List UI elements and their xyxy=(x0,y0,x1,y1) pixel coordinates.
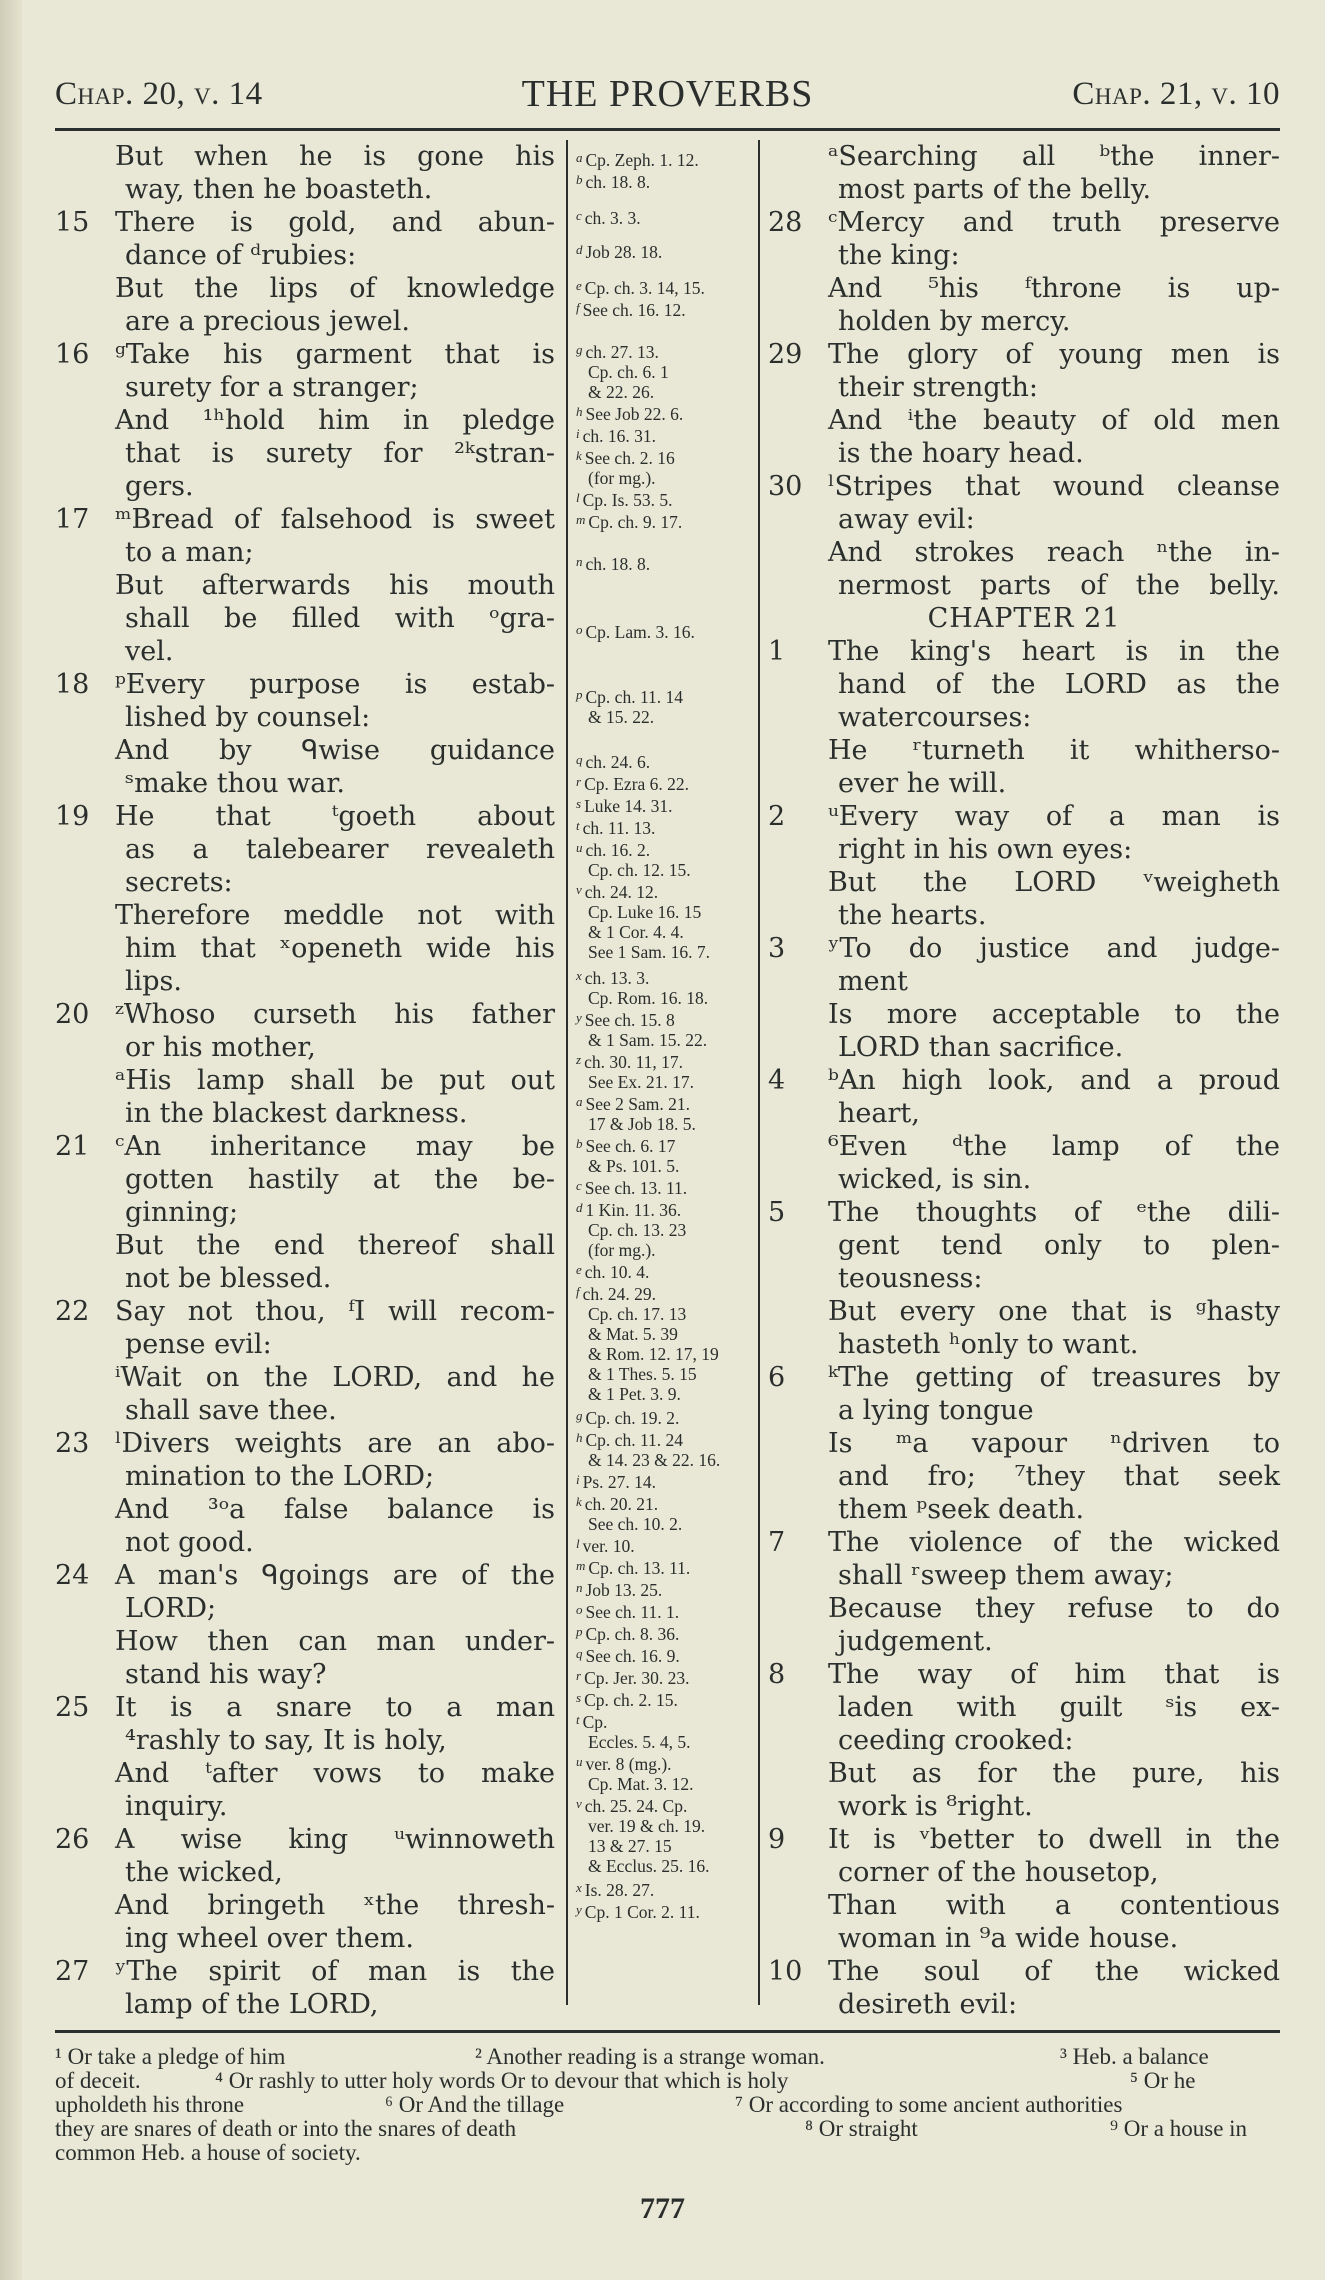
footnote-line: upholdeth his throne⁶ Or And the tillage… xyxy=(55,2093,1280,2117)
verse-number: 17 xyxy=(55,503,105,536)
verse-text: ᵍTake his garment that is xyxy=(115,338,555,371)
verse-text: A wise king ᵘwinnoweth xyxy=(115,1823,555,1856)
verse-text: Because they refuse to do xyxy=(828,1592,1280,1625)
cross-reference: vch. 24. 12.Cp. Luke 16. 15& 1 Cor. 4. 4… xyxy=(576,880,710,962)
reference-text: Cp. ch. 11. 14 xyxy=(586,687,684,707)
reference-letter: z xyxy=(576,1052,581,1067)
cross-reference: hSee Job 22. 6. xyxy=(576,402,683,424)
verse-line: wicked, is sin. xyxy=(768,1163,1280,1196)
reference-text: ch. 24. 12. xyxy=(585,882,658,902)
reference-text: Luke 14. 31. xyxy=(584,796,672,816)
reference-letter: h xyxy=(576,404,583,419)
verse-line: nermost parts of the belly. xyxy=(768,569,1280,602)
cross-reference: nJob 13. 25. xyxy=(576,1578,662,1600)
reference-text: Cp. ch. 9. 17. xyxy=(588,512,682,532)
verse-text: ᵖEvery purpose is estab- xyxy=(115,668,555,701)
verse-text: them ᵖseek death. xyxy=(838,1493,1280,1526)
reference-letter: n xyxy=(576,554,583,569)
reference-letter: u xyxy=(576,840,583,855)
reference-text: ch. 30. 11, 17. xyxy=(584,1052,683,1072)
reference-letter: x xyxy=(576,968,582,983)
cross-reference: dJob 28. 18. xyxy=(576,240,662,262)
reference-letter: o xyxy=(576,622,583,637)
verse-line: as a talebearer revealeth xyxy=(55,833,555,866)
footnote-line: ¹ Or take a pledge of him² Another readi… xyxy=(55,2045,1280,2069)
verse-line: But every one that is ᵍhasty xyxy=(768,1295,1280,1328)
reference-text: & Rom. 12. 17, 19 xyxy=(576,1344,719,1364)
cross-reference: bSee ch. 6. 17& Ps. 101. 5. xyxy=(576,1134,679,1176)
verse-text: ᵃHis lamp shall be put out xyxy=(115,1064,555,1097)
verse-text: surety for a stranger; xyxy=(125,371,555,404)
reference-letter: s xyxy=(576,1690,581,1705)
reference-text: ch. 24. 29. xyxy=(583,1284,656,1304)
verse-number: 26 xyxy=(55,1823,105,1856)
reference-letter: b xyxy=(576,172,583,187)
reference-text: & Mat. 5. 39 xyxy=(576,1324,719,1344)
verse-text: hasteth ʰonly to want. xyxy=(838,1328,1280,1361)
reference-text: Cp. ch. 6. 1 xyxy=(576,362,669,382)
verse-text: desireth evil: xyxy=(838,1988,1280,2021)
verse-line: And ᵗafter vows to make xyxy=(55,1757,555,1790)
reference-letter: e xyxy=(576,278,582,293)
reference-letter: v xyxy=(576,1796,582,1811)
verse-number: 24 xyxy=(55,1559,105,1592)
verse-line: lips. xyxy=(55,965,555,998)
verse-text: ᶜAn inheritance may be xyxy=(115,1130,555,1163)
verse-line: How then can man under- xyxy=(55,1625,555,1658)
verse-text: And strokes reach ⁿthe in- xyxy=(828,536,1280,569)
verse-number: 7 xyxy=(768,1526,818,1559)
verse-line: 30ˡStripes that wound cleanse xyxy=(768,470,1280,503)
verse-line: is the hoary head. xyxy=(768,437,1280,470)
verse-line: And ³ᵒa false balance is xyxy=(55,1493,555,1526)
reference-letter: q xyxy=(576,752,583,767)
verse-number: 15 xyxy=(55,206,105,239)
verse-line: 5The thoughts of ᵉthe dili- xyxy=(768,1196,1280,1229)
verse-line: 3ʸTo do justice and judge- xyxy=(768,932,1280,965)
verse-line: away evil: xyxy=(768,503,1280,536)
verse-text: right in his own eyes: xyxy=(838,833,1280,866)
verse-line: ing wheel over them. xyxy=(55,1922,555,1955)
cross-reference: qch. 24. 6. xyxy=(576,750,650,772)
reference-text: ch. 18. 8. xyxy=(586,172,651,192)
verse-text: It is a snare to a man xyxy=(115,1691,555,1724)
cross-reference: mCp. ch. 13. 11. xyxy=(576,1556,690,1578)
reference-text: ch. 20. 21. xyxy=(585,1494,658,1514)
verse-line: work is ⁸right. xyxy=(768,1790,1280,1823)
verse-text: The thoughts of ᵉthe dili- xyxy=(828,1196,1280,1229)
reference-letter: a xyxy=(576,1094,583,1109)
footnote-rule xyxy=(55,2030,1280,2033)
reference-text: See ch. 16. 9. xyxy=(586,1646,680,1666)
verse-text: stand his way? xyxy=(125,1658,555,1691)
verse-text: not good. xyxy=(125,1526,555,1559)
verse-line: vel. xyxy=(55,635,555,668)
verse-text: gers. xyxy=(125,470,555,503)
footnote: of deceit. xyxy=(55,2069,141,2093)
reference-letter: o xyxy=(576,1602,583,1617)
verse-line: 20ᶻWhoso curseth his father xyxy=(55,998,555,1031)
verse-text: lamp of the LORD, xyxy=(125,1988,555,2021)
verse-text: ceeding crooked: xyxy=(838,1724,1280,1757)
verse-line: inquiry. xyxy=(55,1790,555,1823)
verse-text: Is more acceptable to the xyxy=(828,998,1280,1031)
verse-text: But when he is gone his xyxy=(115,140,555,173)
verse-text: There is gold, and abun- xyxy=(115,206,555,239)
verse-line: hand of the LORD as the xyxy=(768,668,1280,701)
verse-number: 23 xyxy=(55,1427,105,1460)
verse-text: But as for the pure, his xyxy=(828,1757,1280,1790)
verse-line: 27ʸThe spirit of man is the xyxy=(55,1955,555,1988)
cross-reference: xIs. 28. 27. xyxy=(576,1878,654,1900)
verse-line: shall ʳsweep them away; xyxy=(768,1559,1280,1592)
reference-text: 17 & Job 18. 5. xyxy=(576,1114,696,1134)
verse-line: woman in ⁹a wide house. xyxy=(768,1922,1280,1955)
verse-text: ʸTo do justice and judge- xyxy=(828,932,1280,965)
reference-letter: s xyxy=(576,796,581,811)
verse-number: 5 xyxy=(768,1196,818,1229)
verse-text: ˡStripes that wound cleanse xyxy=(828,470,1280,503)
cross-reference: fSee ch. 16. 12. xyxy=(576,298,686,320)
verse-text: dance of ᵈrubies: xyxy=(125,239,555,272)
verse-number: 1 xyxy=(768,635,818,668)
verse-line: lished by counsel: xyxy=(55,701,555,734)
reference-text: ch. 11. 13. xyxy=(583,818,656,838)
verse-line: most parts of the belly. xyxy=(768,173,1280,206)
verse-text: ᵃSearching all ᵇthe inner- xyxy=(828,140,1280,173)
reference-text: 1 Kin. 11. 36. xyxy=(586,1200,682,1220)
cross-reference: iPs. 27. 14. xyxy=(576,1470,656,1492)
reference-text: 13 & 27. 15 xyxy=(576,1836,710,1856)
verse-number: 25 xyxy=(55,1691,105,1724)
verse-text: The soul of the wicked xyxy=(828,1955,1280,1988)
reference-text: Cp. ch. 8. 36. xyxy=(586,1624,680,1644)
verse-text: woman in ⁹a wide house. xyxy=(838,1922,1280,1955)
verse-text: pense evil: xyxy=(125,1328,555,1361)
verse-number: 28 xyxy=(768,206,818,239)
footnote: ⁶ Or And the tillage xyxy=(385,2093,564,2117)
verse-number: 16 xyxy=(55,338,105,371)
verse-text: heart, xyxy=(838,1097,1280,1130)
verse-line: 21ᶜAn inheritance may be xyxy=(55,1130,555,1163)
running-head-right: Chap. 21, v. 10 xyxy=(1072,76,1280,113)
verse-line: shall save thee. xyxy=(55,1394,555,1427)
reference-text: See ch. 16. 12. xyxy=(583,300,686,320)
footnote-line: of deceit.⁴ Or rashly to utter holy word… xyxy=(55,2069,1280,2093)
cross-reference: pCp. ch. 8. 36. xyxy=(576,1622,679,1644)
cross-reference: ySee ch. 15. 8& 1 Sam. 15. 22. xyxy=(576,1008,707,1050)
verse-text: as a talebearer revealeth xyxy=(125,833,555,866)
verse-line: in the blackest darkness. xyxy=(55,1097,555,1130)
verse-line: stand his way? xyxy=(55,1658,555,1691)
footnote: ³ Heb. a balance xyxy=(1060,2045,1209,2069)
verse-line: LORD than sacrifice. xyxy=(768,1031,1280,1064)
verse-text: and fro; ⁷they that seek xyxy=(838,1460,1280,1493)
reference-text: Cp. ch. 12. 15. xyxy=(576,860,691,880)
verse-line: way, then he boasteth. xyxy=(55,173,555,206)
verse-text: Than with a contentious xyxy=(828,1889,1280,1922)
verse-text: ⁱWait on the LORD, and he xyxy=(115,1361,555,1394)
reference-text: Cp. 1 Cor. 2. 11. xyxy=(585,1902,700,1922)
verse-line: Is ᵐa vapour ⁿdriven to xyxy=(768,1427,1280,1460)
verse-line: 24A man's ᑫgoings are of the xyxy=(55,1559,555,1592)
verse-text: ⁴rashly to say, It is holy, xyxy=(125,1724,555,1757)
footnotes: ¹ Or take a pledge of him² Another readi… xyxy=(55,2045,1280,2165)
cross-reference: oSee ch. 11. 1. xyxy=(576,1600,679,1622)
verse-line: Than with a contentious xyxy=(768,1889,1280,1922)
reference-text: & Ps. 101. 5. xyxy=(576,1156,679,1176)
verse-line: a lying tongue xyxy=(768,1394,1280,1427)
reference-text: See Ex. 21. 17. xyxy=(576,1072,694,1092)
reference-text: Cp. Ezra 6. 22. xyxy=(584,774,689,794)
footnote: common Heb. a house of society. xyxy=(55,2141,361,2165)
reference-text: Cp. Luke 16. 15 xyxy=(576,902,710,922)
verse-text: LORD; xyxy=(125,1592,555,1625)
verse-line: And by ᑫwise guidance xyxy=(55,734,555,767)
cross-reference: bch. 18. 8. xyxy=(576,170,650,192)
verse-text: wicked, is sin. xyxy=(838,1163,1280,1196)
verse-line: shall be filled with ᵒgra- xyxy=(55,602,555,635)
reference-text: Cp. Zeph. 1. 12. xyxy=(586,150,699,170)
verse-line: ᵃSearching all ᵇthe inner- xyxy=(768,140,1280,173)
verse-line: surety for a stranger; xyxy=(55,371,555,404)
verse-text: to a man; xyxy=(125,536,555,569)
verse-line: ever he will. xyxy=(768,767,1280,800)
verse-line: hasteth ʰonly to want. xyxy=(768,1328,1280,1361)
verse-line: And ¹ʰhold him in pledge xyxy=(55,404,555,437)
cross-reference: tCp.Eccles. 5. 4, 5. xyxy=(576,1710,691,1752)
verse-line: secrets: xyxy=(55,866,555,899)
verse-text: most parts of the belly. xyxy=(838,173,1280,206)
reference-text: Cp. ch. 11. 24 xyxy=(586,1430,684,1450)
verse-line: 22Say not thou, ᶠI will recom- xyxy=(55,1295,555,1328)
verse-text: ᵇAn high look, and a proud xyxy=(828,1064,1280,1097)
verse-text: LORD than sacrifice. xyxy=(838,1031,1280,1064)
footnote: ⁵ Or he xyxy=(1130,2069,1196,2093)
verse-text: is the hoary head. xyxy=(838,437,1280,470)
verse-line: and fro; ⁷they that seek xyxy=(768,1460,1280,1493)
verse-text: And ³ᵒa false balance is xyxy=(115,1493,555,1526)
reference-text: See ch. 2. 16 xyxy=(585,448,675,468)
verse-line: are a precious jewel. xyxy=(55,305,555,338)
verse-number: 9 xyxy=(768,1823,818,1856)
verse-text: lips. xyxy=(125,965,555,998)
verse-line: mination to the LORD; xyxy=(55,1460,555,1493)
reference-letter: v xyxy=(576,882,582,897)
left-text-column: But when he is gone hisway, then he boas… xyxy=(55,140,555,2021)
reference-text: & 1 Cor. 4. 4. xyxy=(576,922,710,942)
verse-text: away evil: xyxy=(838,503,1280,536)
reference-text: See ch. 10. 2. xyxy=(576,1514,682,1534)
verse-line: them ᵖseek death. xyxy=(768,1493,1280,1526)
verse-text: him that ˣopeneth wide his xyxy=(125,932,555,965)
verse-text: A man's ᑫgoings are of the xyxy=(115,1559,555,1592)
reference-letter: x xyxy=(576,1880,582,1895)
reference-text: See ch. 11. 1. xyxy=(586,1602,680,1622)
verse-text: ment xyxy=(838,965,1280,998)
reference-text: ver. 8 (mg.). xyxy=(586,1754,672,1774)
verse-line: teousness: xyxy=(768,1262,1280,1295)
verse-text: Say not thou, ᶠI will recom- xyxy=(115,1295,555,1328)
verse-line: But afterwards his mouth xyxy=(55,569,555,602)
verse-text: their strength: xyxy=(838,371,1280,404)
verse-text: ginning; xyxy=(125,1196,555,1229)
reference-letter: y xyxy=(576,1902,582,1917)
verse-line: 1The king's heart is in the xyxy=(768,635,1280,668)
verse-text: But afterwards his mouth xyxy=(115,569,555,602)
verse-text: work is ⁸right. xyxy=(838,1790,1280,1823)
cross-reference: tch. 11. 13. xyxy=(576,816,655,838)
verse-line: 16ᵍTake his garment that is xyxy=(55,338,555,371)
cross-reference: aCp. Zeph. 1. 12. xyxy=(576,148,699,170)
reference-letter: b xyxy=(576,1136,583,1151)
verse-line: 4ᵇAn high look, and a proud xyxy=(768,1064,1280,1097)
verse-text: ing wheel over them. xyxy=(125,1922,555,1955)
verse-text: ᵘEvery way of a man is xyxy=(828,800,1280,833)
verse-line: LORD; xyxy=(55,1592,555,1625)
verse-line: 19He that ᵗgoeth about xyxy=(55,800,555,833)
reference-text: (for mg.). xyxy=(576,1240,686,1260)
verse-text: ˢmake thou war. xyxy=(125,767,555,800)
footnote-line: common Heb. a house of society. xyxy=(55,2141,1280,2165)
verse-text: But the LORD ᵛweigheth xyxy=(828,866,1280,899)
reference-text: Cp. xyxy=(583,1712,608,1732)
verse-line: desireth evil: xyxy=(768,1988,1280,2021)
verse-line: But the end thereof shall xyxy=(55,1229,555,1262)
verse-text: judgement. xyxy=(838,1625,1280,1658)
verse-number: 29 xyxy=(768,338,818,371)
verse-line: dance of ᵈrubies: xyxy=(55,239,555,272)
verse-line: the king: xyxy=(768,239,1280,272)
reference-letter: y xyxy=(576,1010,582,1025)
verse-line: ⁴rashly to say, It is holy, xyxy=(55,1724,555,1757)
cross-reference: gCp. ch. 19. 2. xyxy=(576,1406,679,1428)
reference-letter: e xyxy=(576,1262,582,1277)
reference-letter: f xyxy=(576,300,580,315)
cross-reference-column: aCp. Zeph. 1. 12.bch. 18. 8.cch. 3. 3.dJ… xyxy=(566,140,760,2005)
verse-text: ˡDivers weights are an abo- xyxy=(115,1427,555,1460)
reference-letter: f xyxy=(576,1284,580,1299)
verse-number: 3 xyxy=(768,932,818,965)
verse-number: 10 xyxy=(768,1955,818,1988)
verse-line: not be blessed. xyxy=(55,1262,555,1295)
reference-text: Cp. ch. 17. 13 xyxy=(576,1304,719,1324)
verse-line: 2ᵘEvery way of a man is xyxy=(768,800,1280,833)
cross-reference: kSee ch. 2. 16(for mg.). xyxy=(576,446,675,488)
verse-line: 18ᵖEvery purpose is estab- xyxy=(55,668,555,701)
verse-text: The king's heart is in the xyxy=(828,635,1280,668)
verse-number: 4 xyxy=(768,1064,818,1097)
verse-line: 10The soul of the wicked xyxy=(768,1955,1280,1988)
reference-letter: d xyxy=(576,242,583,257)
cross-reference: aSee 2 Sam. 21.17 & Job 18. 5. xyxy=(576,1092,696,1134)
reference-text: Ps. 27. 14. xyxy=(583,1472,656,1492)
verse-number: 19 xyxy=(55,800,105,833)
verse-line: But the LORD ᵛweigheth xyxy=(768,866,1280,899)
cross-reference: sCp. ch. 2. 15. xyxy=(576,1688,678,1710)
reference-text: ch. 18. 8. xyxy=(586,554,651,574)
verse-line: Is more acceptable to the xyxy=(768,998,1280,1031)
verse-text: And ᵗafter vows to make xyxy=(115,1757,555,1790)
reference-letter: k xyxy=(576,1494,582,1509)
verse-line: 23ˡDivers weights are an abo- xyxy=(55,1427,555,1460)
reference-text: ch. 16. 2. xyxy=(586,840,651,860)
verse-text: ᵏThe getting of treasures by xyxy=(828,1361,1280,1394)
verse-text: The glory of young men is xyxy=(828,338,1280,371)
verse-text: He that ᵗgoeth about xyxy=(115,800,555,833)
reference-letter: u xyxy=(576,1754,583,1769)
cross-reference: oCp. Lam. 3. 16. xyxy=(576,620,695,642)
verse-line: judgement. xyxy=(768,1625,1280,1658)
reference-text: Cp. ch. 3. 14, 15. xyxy=(585,278,705,298)
verse-text: shall save thee. xyxy=(125,1394,555,1427)
verse-line: 25It is a snare to a man xyxy=(55,1691,555,1724)
verse-text: corner of the housetop, xyxy=(838,1856,1280,1889)
reference-text: ch. 10. 4. xyxy=(585,1262,650,1282)
verse-line: corner of the housetop, xyxy=(768,1856,1280,1889)
cross-reference: rCp. Ezra 6. 22. xyxy=(576,772,689,794)
verse-line: ment xyxy=(768,965,1280,998)
verse-line: ᵃHis lamp shall be put out xyxy=(55,1064,555,1097)
verse-text: ᶜMercy and truth preserve xyxy=(828,206,1280,239)
verse-text: gotten hastily at the be- xyxy=(125,1163,555,1196)
verse-line: He ʳturneth it whitherso- xyxy=(768,734,1280,767)
reference-text: See 1 Sam. 16. 7. xyxy=(576,942,710,962)
reference-text: ch. 25. 24. Cp. xyxy=(585,1796,688,1816)
cross-reference: pCp. ch. 11. 14& 15. 22. xyxy=(576,685,683,727)
reference-letter: r xyxy=(576,1668,581,1683)
reference-text: Cp. Mat. 3. 12. xyxy=(576,1774,694,1794)
reference-letter: t xyxy=(576,818,580,833)
reference-text: See Job 22. 6. xyxy=(586,404,684,424)
reference-text: Cp. Is. 53. 5. xyxy=(583,490,673,510)
verse-text: gent tend only to plen- xyxy=(838,1229,1280,1262)
verse-text: ᵐBread of falsehood is sweet xyxy=(115,503,555,536)
reference-text: & 1 Pet. 3. 9. xyxy=(576,1384,719,1404)
cross-reference: uch. 16. 2.Cp. ch. 12. 15. xyxy=(576,838,691,880)
cross-reference: hCp. ch. 11. 24& 14. 23 & 22. 16. xyxy=(576,1428,720,1470)
verse-text: nermost parts of the belly. xyxy=(838,569,1280,602)
verse-line: gent tend only to plen- xyxy=(768,1229,1280,1262)
cross-reference: mCp. ch. 9. 17. xyxy=(576,510,682,532)
reference-text: See ch. 15. 8 xyxy=(585,1010,675,1030)
reference-text: & 22. 26. xyxy=(576,382,669,402)
verse-line: 17ᵐBread of falsehood is sweet xyxy=(55,503,555,536)
verse-text: are a precious jewel. xyxy=(125,305,555,338)
verse-line: watercourses: xyxy=(768,701,1280,734)
verse-line: And ⁵his ᶠthrone is up- xyxy=(768,272,1280,305)
cross-reference: eCp. ch. 3. 14, 15. xyxy=(576,276,705,298)
verse-text: the wicked, xyxy=(125,1856,555,1889)
verse-text: holden by mercy. xyxy=(838,305,1280,338)
verse-line: to a man; xyxy=(55,536,555,569)
verse-line: 6ᵏThe getting of treasures by xyxy=(768,1361,1280,1394)
reference-letter: c xyxy=(576,208,582,223)
reference-text: ver. 10. xyxy=(583,1536,635,1556)
cross-reference: sLuke 14. 31. xyxy=(576,794,673,816)
reference-letter: k xyxy=(576,448,582,463)
verse-text: ʸThe spirit of man is the xyxy=(115,1955,555,1988)
verse-text: not be blessed. xyxy=(125,1262,555,1295)
reference-text: Cp. Lam. 3. 16. xyxy=(586,622,695,642)
verse-text: But the end thereof shall xyxy=(115,1229,555,1262)
reference-text: ch. 13. 3. xyxy=(585,968,650,988)
verse-text: secrets: xyxy=(125,866,555,899)
verse-line: 28ᶜMercy and truth preserve xyxy=(768,206,1280,239)
reference-text: & 1 Sam. 15. 22. xyxy=(576,1030,707,1050)
verse-text: It is ᵛbetter to dwell in the xyxy=(828,1823,1280,1856)
verse-text: mination to the LORD; xyxy=(125,1460,555,1493)
